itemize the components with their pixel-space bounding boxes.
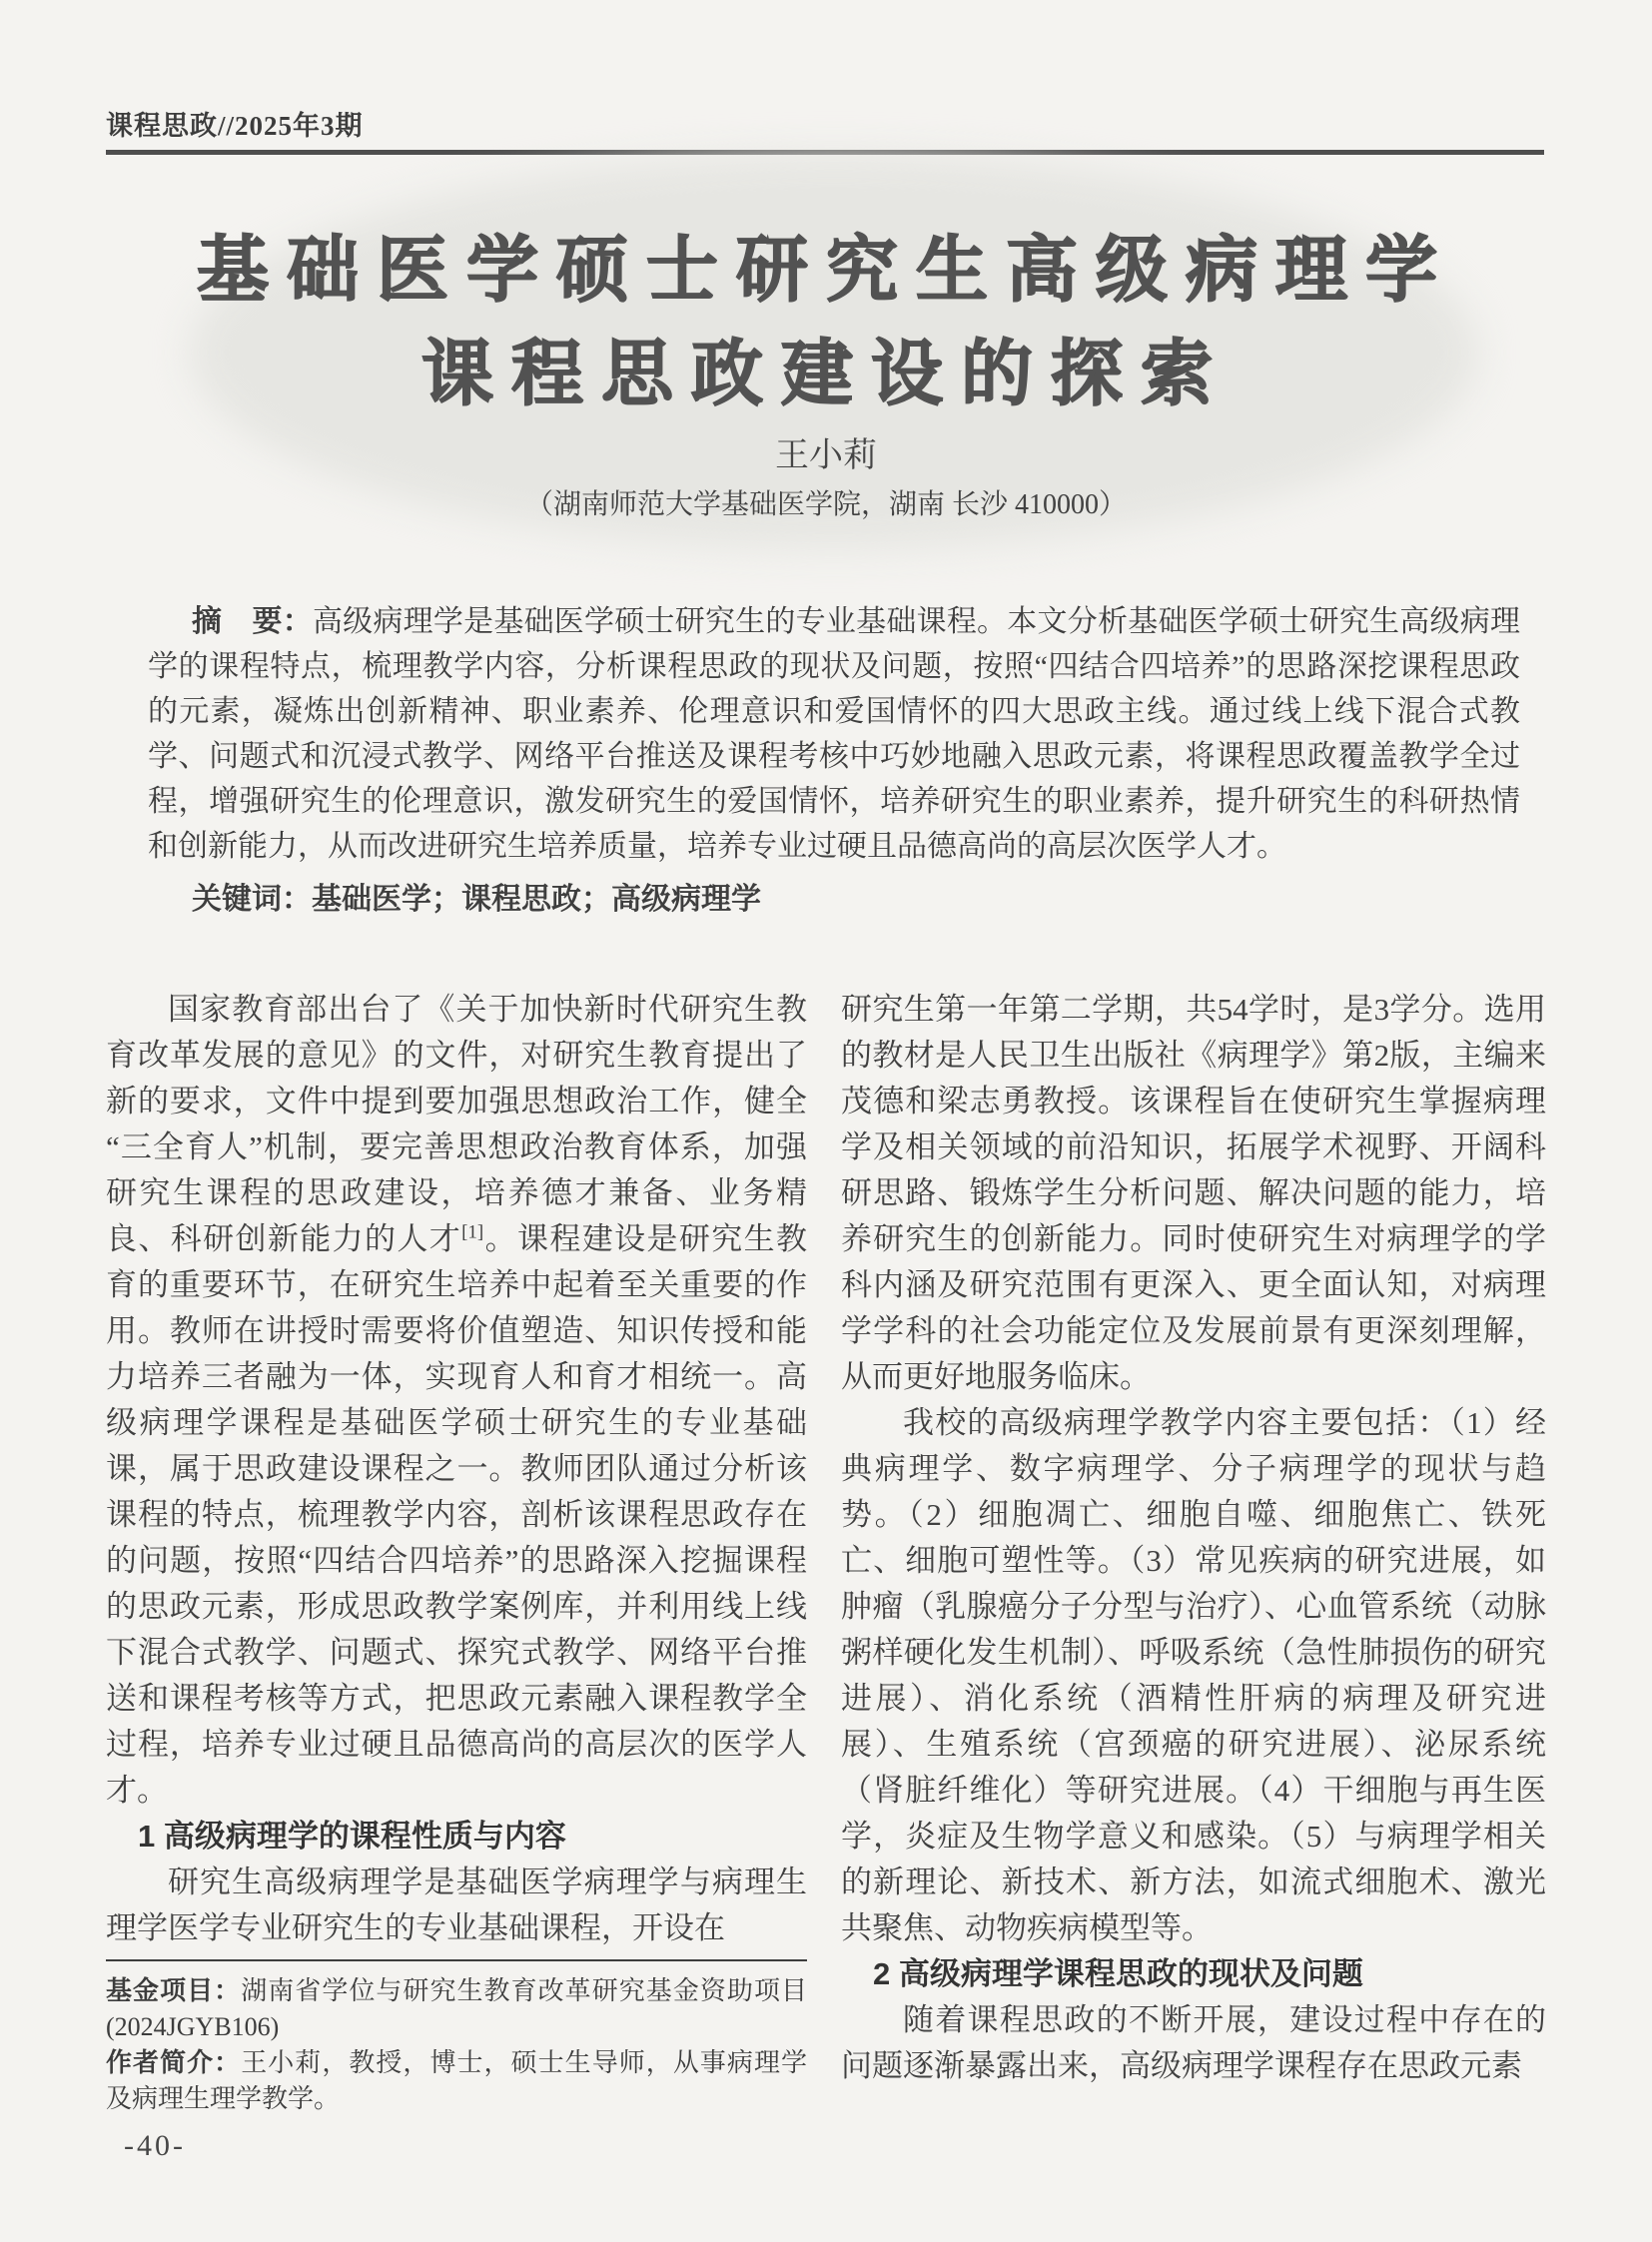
article-title-line2: 课程思政建设的探索: [0, 316, 1652, 419]
left-paragraph-1-text: 国家教育部出台了《关于加快新时代研究生教育改革发展的意见》的文件，对研究生教育提…: [106, 992, 807, 1256]
article-title-line1: 基础医学硕士研究生高级病理学: [0, 212, 1652, 316]
right-paragraph-2: 我校的高级病理学教学内容主要包括：（1）经典病理学、数字病理学、分子病理学的现状…: [841, 1400, 1546, 1951]
abstract-paragraph: 摘 要：高级病理学是基础医学硕士研究生的专业基础课程。本文分析基础医学硕士研究生…: [148, 599, 1520, 869]
left-paragraph-2: 研究生高级病理学是基础医学病理学与病理生理学医学专业研究生的专业基础课程，开设在: [106, 1860, 807, 1951]
left-paragraph-1: 国家教育部出台了《关于加快新时代研究生教育改革发展的意见》的文件，对研究生教育提…: [106, 987, 807, 1814]
right-paragraph-1: 研究生第一年第二学期，共54学时，是3学分。选用的教材是人民卫生出版社《病理学》…: [841, 987, 1546, 1400]
keywords-line: 关键词：基础医学；课程思政；高级病理学: [148, 877, 1520, 922]
section-heading-2: 2 高级病理学课程思政的现状及问题: [841, 1951, 1546, 1997]
page-number: -40-: [124, 2129, 186, 2163]
author-bio-note: 作者简介：王小莉，教授，博士，硕士生导师，从事病理学及病理生理学教学。: [106, 2045, 807, 2117]
abstract-block: 摘 要：高级病理学是基础医学硕士研究生的专业基础课程。本文分析基础医学硕士研究生…: [148, 599, 1520, 922]
keywords-text: 基础医学；课程思政；高级病理学: [312, 883, 761, 916]
left-column: 国家教育部出台了《关于加快新时代研究生教育改革发展的意见》的文件，对研究生教育提…: [106, 987, 807, 2117]
fund-project-note: 基金项目：湖南省学位与研究生教育改革研究基金资助项目(2024JGYB106): [106, 1973, 807, 2045]
author-affiliation: （湖南师范大学基础医学院，湖南 长沙 410000）: [0, 482, 1652, 522]
abstract-label: 摘 要：: [192, 605, 313, 638]
right-column: 研究生第一年第二学期，共54学时，是3学分。选用的教材是人民卫生出版社《病理学》…: [841, 987, 1546, 2089]
author-bio-label: 作者简介：: [106, 2048, 241, 2077]
footnote-block: 基金项目：湖南省学位与研究生教育改革研究基金资助项目(2024JGYB106) …: [106, 1959, 807, 2117]
fund-project-label: 基金项目：: [106, 1976, 241, 2005]
scanned-paper-page: 课程思政//2025年3期 基础医学硕士研究生高级病理学 课程思政建设的探索 王…: [0, 0, 1652, 2242]
journal-header: 课程思政//2025年3期: [106, 104, 364, 143]
abstract-text: 高级病理学是基础医学硕士研究生的专业基础课程。本文分析基础医学硕士研究生高级病理…: [148, 605, 1520, 863]
right-paragraph-3: 随着课程思政的不断开展，建设过程中存在的问题逐渐暴露出来，高级病理学课程存在思政…: [841, 1997, 1546, 2089]
section-heading-1: 1 高级病理学的课程性质与内容: [106, 1814, 807, 1860]
left-paragraph-1-continuation: 。课程建设是研究生教育的重要环节，在研究生培养中起着至关重要的作用。教师在讲授时…: [106, 1221, 807, 1808]
keywords-label: 关键词：: [192, 883, 312, 916]
author-name: 王小莉: [0, 427, 1652, 476]
citation-ref-1: [1]: [461, 1222, 483, 1243]
